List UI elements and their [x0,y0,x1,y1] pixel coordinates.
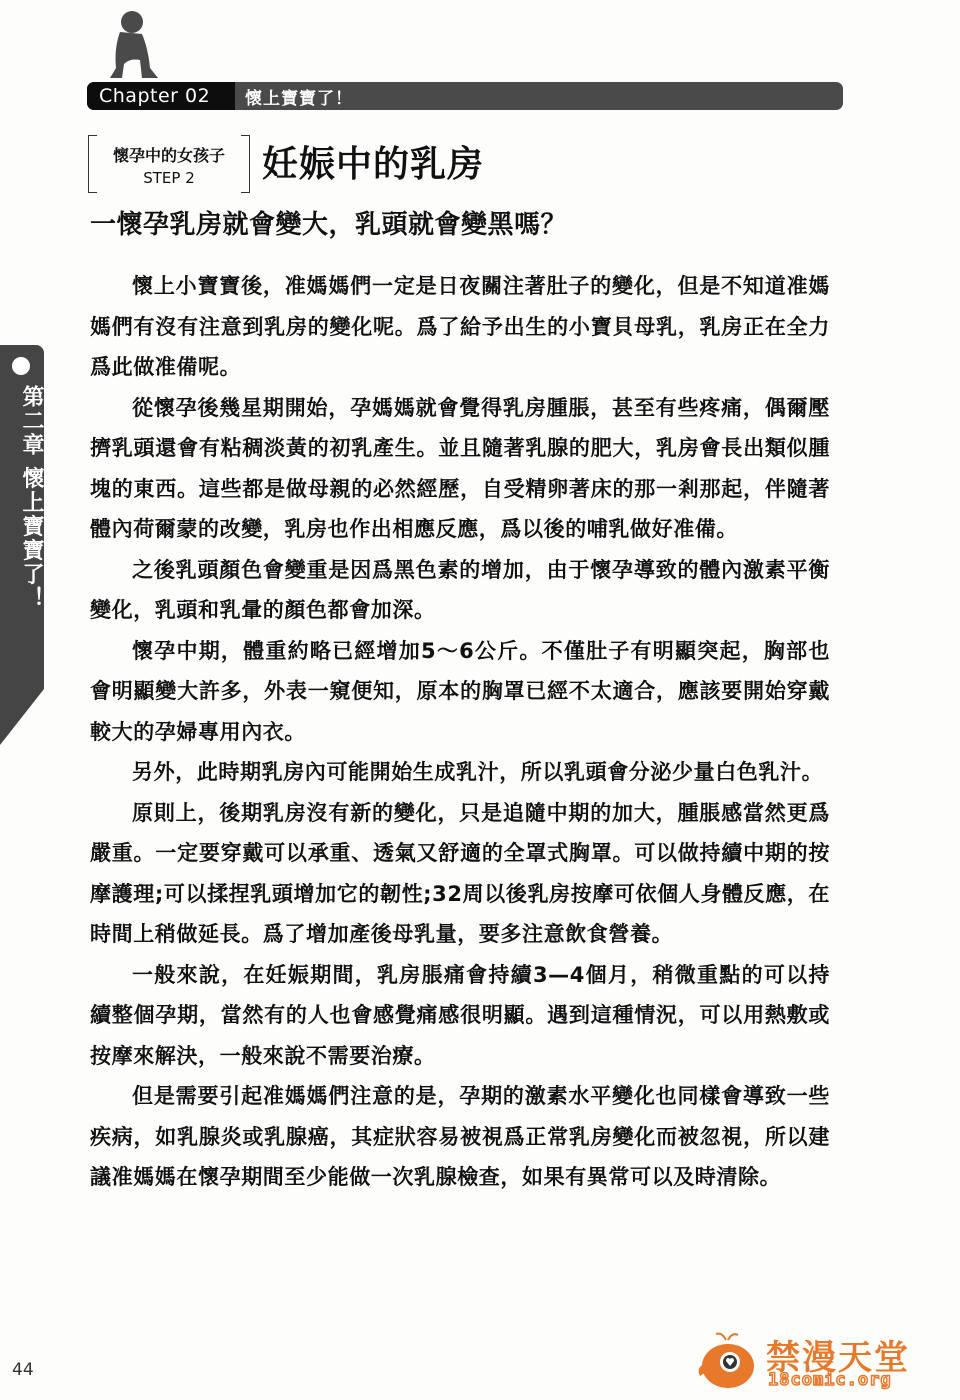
watermark-url: 18comic.org [768,1370,892,1390]
step-category: 懷孕中的女孩子 [88,143,250,166]
paragraph: 一般來說，在妊娠期間，乳房脹痛會持續3—4個月，稍微重點的可以持續整個孕期，當然… [90,955,830,1077]
chapter-title: 懷上寶寶了！ [235,84,353,109]
chapter-header-bar: Chapter 02 懷上寶寶了！ [87,82,843,110]
watermark-logo: 禁漫天堂 18comic.org [696,1326,946,1392]
chapter-label: Chapter 02 [87,82,235,110]
step-box: 懷孕中的女孩子 STEP 2 [88,135,250,193]
dot-icon [12,357,30,375]
paragraph: 另外，此時期乳房內可能開始生成乳汁，所以乳頭會分泌少量白色乳汁。 [90,752,830,793]
section-subtitle: 一懷孕乳房就會變大，乳頭就會變黑嗎？ [90,204,567,241]
paragraph: 但是需要引起准媽媽們注意的是，孕期的激素水平變化也同樣會導致一些疾病，如乳腺炎或… [90,1076,830,1198]
paragraph: 之後乳頭顏色會變重是因爲黑色素的增加，由于懷孕導致的體內激素平衡變化，乳頭和乳暈… [90,550,830,631]
chapter-side-tab: 第二章 懷上寶寶了！ [0,345,44,745]
paragraph: 從懷孕後幾星期開始，孕媽媽就會覺得乳房腫脹，甚至有些疼痛，偶爾壓擠乳頭還會有粘稠… [90,388,830,550]
side-tab-text: 第二章 懷上寶寶了！ [0,385,44,611]
paragraph: 懷上小寶寶後，准媽媽們一定是日夜關注著肚子的變化，但是不知道准媽媽們有沒有注意到… [90,266,830,388]
page-number: 44 [12,1360,34,1380]
mascot-logo-icon [696,1332,758,1390]
page-title: 妊娠中的乳房 [262,136,484,187]
paragraph: 原則上，後期乳房沒有新的變化，只是追隨中期的加大，腫脹感當然更爲嚴重。一定要穿戴… [90,793,830,955]
crawling-baby-icon [106,8,166,80]
step-number: STEP 2 [88,169,250,187]
body-text: 懷上小寶寶後，准媽媽們一定是日夜關注著肚子的變化，但是不知道准媽媽們有沒有注意到… [90,266,830,1198]
paragraph: 懷孕中期，體重約略已經增加5～6公斤。不僅肚子有明顯突起，胸部也會明顯變大許多，… [90,631,830,753]
